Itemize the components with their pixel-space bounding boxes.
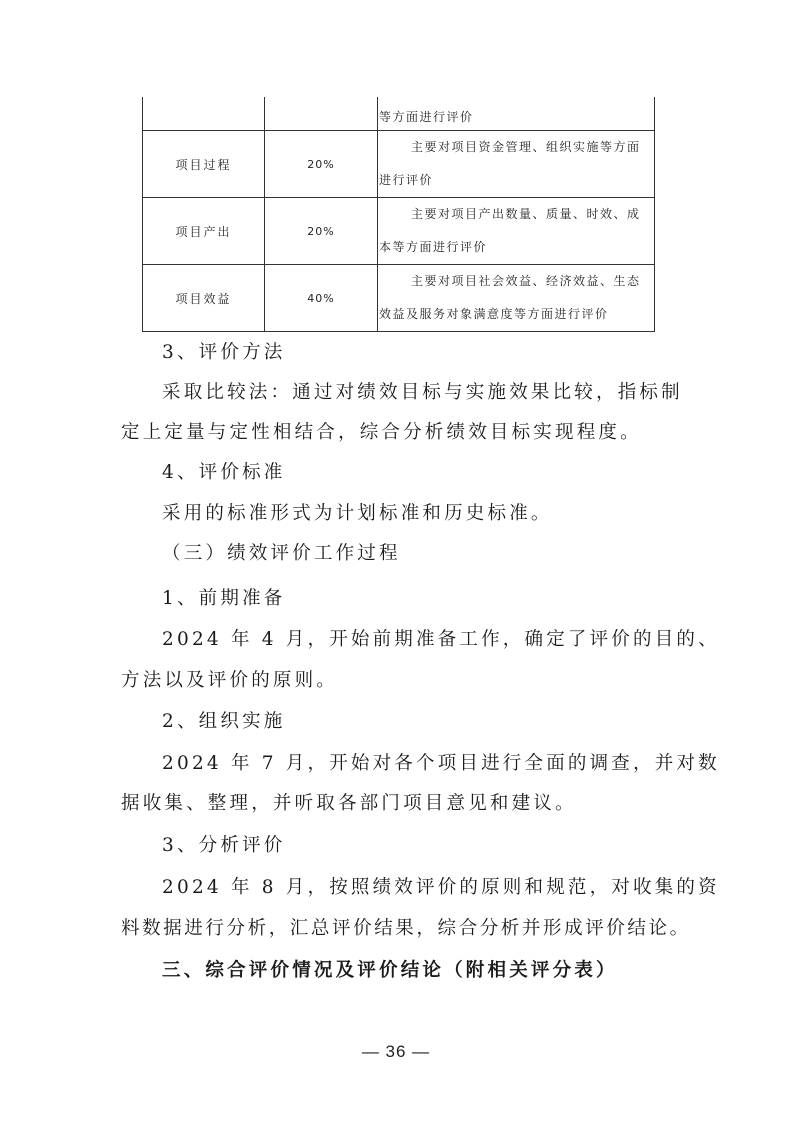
indicator-cell: 项目效益 bbox=[143, 265, 265, 332]
heading-implementation: 2、组织实施 bbox=[162, 710, 285, 734]
description-line: 效益及服务对象满意度等方面进行评价 bbox=[379, 298, 654, 331]
paragraph-line: 2024 年 8 月，按照绩效评价的原则和规范，对收集的资 bbox=[162, 876, 720, 900]
description-line: 进行评价 bbox=[379, 164, 654, 197]
heading-evaluation-process: （三）绩效评价工作过程 bbox=[162, 542, 401, 566]
table-row-continued: 等方面进行评价 bbox=[143, 97, 655, 131]
weight-cell: 20% bbox=[265, 198, 378, 265]
description-line: 主要对项目产出数量、质量、时效、成 bbox=[379, 198, 654, 231]
heading-analysis: 3、分析评价 bbox=[162, 834, 285, 858]
description-line: 主要对项目社会效益、经济效益、生态 bbox=[379, 265, 654, 298]
paragraph-line: 采用的标准形式为计划标准和历史标准。 bbox=[162, 502, 553, 526]
paragraph-line: 据收集、整理，并听取各部门项目意见和建议。 bbox=[121, 792, 577, 816]
table-row: 项目过程 20% 主要对项目资金管理、组织实施等方面 进行评价 bbox=[143, 131, 655, 198]
heading-evaluation-method: 3、评价方法 bbox=[162, 341, 285, 365]
heading-evaluation-standard: 4、评价标准 bbox=[162, 461, 285, 485]
description-cell: 主要对项目产出数量、质量、时效、成 本等方面进行评价 bbox=[378, 198, 655, 265]
description-line: 主要对项目资金管理、组织实施等方面 bbox=[379, 131, 654, 164]
description-cell: 主要对项目资金管理、组织实施等方面 进行评价 bbox=[378, 131, 655, 198]
indicator-cell: 项目过程 bbox=[143, 131, 265, 198]
table-row: 项目产出 20% 主要对项目产出数量、质量、时效、成 本等方面进行评价 bbox=[143, 198, 655, 265]
table-row: 项目效益 40% 主要对项目社会效益、经济效益、生态 效益及服务对象满意度等方面… bbox=[143, 265, 655, 332]
description-cell: 等方面进行评价 bbox=[378, 97, 655, 131]
indicator-cell: 项目产出 bbox=[143, 198, 265, 265]
page-number: — 36 — bbox=[0, 1042, 792, 1062]
description-cell: 主要对项目社会效益、经济效益、生态 效益及服务对象满意度等方面进行评价 bbox=[378, 265, 655, 332]
description-line: 本等方面进行评价 bbox=[379, 231, 654, 264]
paragraph-line: 2024 年 7 月，开始对各个项目进行全面的调查，并对数 bbox=[162, 752, 720, 776]
evaluation-indicator-table: 等方面进行评价 项目过程 20% 主要对项目资金管理、组织实施等方面 进行评价 … bbox=[142, 97, 655, 332]
paragraph-line: 料数据进行分析，汇总评价结果，综合分析并形成评价结论。 bbox=[121, 917, 691, 941]
heading-preparation: 1、前期准备 bbox=[162, 587, 285, 611]
weight-cell bbox=[265, 97, 378, 131]
weight-cell: 40% bbox=[265, 265, 378, 332]
weight-cell: 20% bbox=[265, 131, 378, 198]
document-page: 等方面进行评价 项目过程 20% 主要对项目资金管理、组织实施等方面 进行评价 … bbox=[0, 0, 792, 1122]
paragraph-line: 方法以及评价的原则。 bbox=[121, 669, 338, 693]
section-heading-comprehensive-evaluation: 三、综合评价情况及评价结论（附相关评分表） bbox=[162, 959, 618, 983]
indicator-cell bbox=[143, 97, 265, 131]
paragraph-line: 采取比较法：通过对绩效目标与实施效果比较，指标制 bbox=[162, 381, 683, 405]
paragraph-line: 定上定量与定性相结合，综合分析绩效目标实现程度。 bbox=[121, 421, 642, 445]
paragraph-line: 2024 年 4 月，开始前期准备工作，确定了评价的目的、 bbox=[162, 628, 720, 652]
